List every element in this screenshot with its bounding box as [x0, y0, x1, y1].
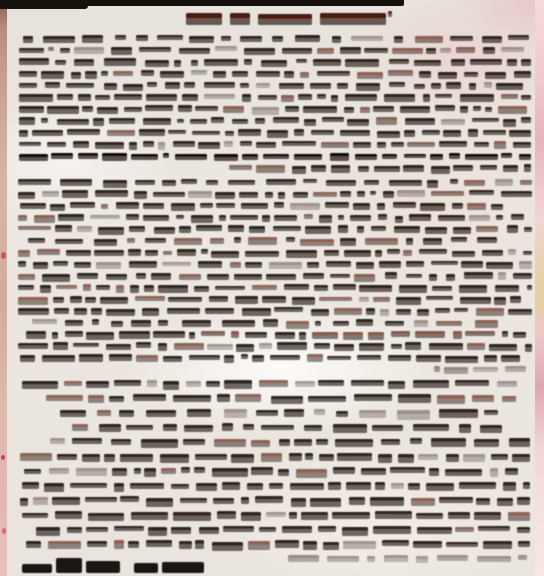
- blurred-word-blob: [413, 541, 442, 549]
- blurred-word-blob: [460, 297, 492, 305]
- text-line: [288, 553, 530, 568]
- blurred-word-blob: [453, 331, 462, 339]
- blurred-word-blob: [186, 381, 202, 386]
- blurred-word-blob: [228, 180, 255, 185]
- blurred-word-blob: [416, 556, 428, 563]
- blurred-word-blob: [273, 226, 300, 231]
- blurred-word-blob: [347, 119, 369, 126]
- blurred-word-blob: [230, 262, 241, 268]
- blurred-word-blob: [473, 106, 480, 111]
- blurred-word-blob: [497, 498, 513, 507]
- blurred-word-blob: [124, 107, 141, 112]
- text-line: [19, 139, 531, 151]
- blurred-word-blob: [146, 540, 172, 547]
- blurred-word-blob: [342, 527, 368, 536]
- blurred-word-blob: [438, 72, 457, 79]
- blurred-word-blob: [134, 468, 141, 474]
- blurred-word-blob: [74, 59, 94, 66]
- blurred-word-blob: [387, 249, 400, 254]
- blurred-word-blob: [435, 94, 452, 99]
- text-line: [18, 294, 532, 306]
- blurred-word-blob: [106, 344, 132, 350]
- blurred-word-blob: [262, 215, 270, 222]
- blurred-word-blob: [396, 309, 411, 315]
- blurred-word-blob: [456, 47, 475, 54]
- blurred-word-blob: [18, 250, 30, 257]
- blurred-word-blob: [344, 250, 371, 257]
- blurred-word-blob: [22, 381, 58, 389]
- blurred-word-blob: [145, 105, 173, 110]
- blurred-word-blob: [320, 13, 386, 25]
- blurred-word-blob: [286, 237, 295, 242]
- blurred-word-blob: [453, 227, 471, 234]
- blurred-word-blob: [319, 215, 332, 223]
- blurred-word-blob: [480, 425, 502, 432]
- blurred-word-blob: [214, 154, 238, 161]
- blurred-word-blob: [50, 438, 65, 443]
- blurred-word-blob: [508, 35, 529, 40]
- blurred-word-blob: [18, 215, 27, 221]
- blurred-word-blob: [444, 367, 469, 374]
- blurred-word-blob: [286, 250, 318, 257]
- blurred-word-blob: [52, 332, 58, 339]
- blurred-word-blob: [49, 468, 69, 474]
- blurred-word-blob: [440, 48, 451, 53]
- blurred-word-blob: [513, 332, 526, 338]
- blurred-word-blob: [337, 83, 348, 89]
- blurred-word-blob: [189, 332, 195, 339]
- blurred-word-blob: [87, 541, 106, 547]
- blurred-word-blob: [56, 285, 77, 290]
- blurred-word-blob: [65, 320, 84, 325]
- blurred-word-blob: [24, 469, 41, 475]
- blurred-word-blob: [230, 215, 258, 220]
- blurred-word-blob: [214, 439, 246, 448]
- blurred-word-blob: [262, 296, 286, 303]
- blurred-word-blob: [318, 526, 336, 533]
- blurred-word-blob: [228, 225, 243, 231]
- blurred-word-blob: [22, 513, 48, 518]
- blurred-word-blob: [507, 225, 519, 232]
- blurred-word-blob: [195, 106, 218, 111]
- blurred-word-blob: [232, 119, 248, 124]
- blurred-word-blob: [174, 60, 181, 67]
- blurred-word-blob: [186, 13, 222, 25]
- blurred-word-blob: [343, 332, 363, 340]
- text-line: [19, 68, 531, 80]
- blurred-word-blob: [36, 527, 60, 536]
- blurred-word-blob: [508, 512, 530, 521]
- blurred-word-blob: [189, 36, 213, 42]
- blurred-word-blob: [436, 321, 462, 326]
- blurred-word-blob: [145, 250, 158, 256]
- blurred-word-blob: [97, 410, 111, 416]
- blurred-word-blob: [317, 71, 351, 77]
- blurred-word-blob: [451, 59, 465, 66]
- blurred-word-blob: [189, 355, 220, 360]
- blurred-word-blob: [45, 82, 60, 88]
- blurred-word-blob: [464, 180, 485, 185]
- blurred-word-blob: [430, 154, 443, 160]
- blurred-word-blob: [28, 238, 45, 243]
- blurred-word-blob: [83, 284, 92, 291]
- blurred-word-blob: [294, 439, 311, 446]
- blurred-word-blob: [114, 540, 124, 549]
- blurred-word-blob: [454, 308, 468, 313]
- blurred-word-blob: [129, 142, 137, 150]
- blurred-word-blob: [217, 394, 230, 402]
- blurred-word-blob: [394, 36, 403, 43]
- blurred-word-blob: [34, 215, 54, 222]
- blurred-word-blob: [192, 131, 220, 136]
- blurred-word-blob: [375, 482, 384, 490]
- blurred-word-blob: [296, 469, 327, 478]
- blurred-word-blob: [163, 381, 179, 390]
- blurred-word-blob: [168, 130, 186, 135]
- blurred-word-blob: [520, 180, 532, 185]
- blurred-word-blob: [19, 106, 44, 113]
- blurred-word-blob: [256, 83, 271, 88]
- blurred-word-blob: [501, 47, 524, 52]
- blurred-word-blob: [446, 454, 460, 462]
- blurred-word-blob: [405, 118, 436, 126]
- blurred-word-blob: [22, 482, 39, 489]
- text-line: [18, 247, 532, 259]
- document-text-layer: [0, 0, 544, 576]
- blurred-word-blob: [23, 36, 33, 43]
- blurred-word-blob: [19, 71, 37, 77]
- blurred-word-blob: [290, 203, 320, 210]
- blurred-word-blob: [410, 438, 422, 444]
- blurred-word-blob: [423, 94, 431, 102]
- blurred-word-blob: [181, 467, 189, 472]
- blurred-word-blob: [241, 354, 248, 359]
- blurred-word-blob: [514, 71, 531, 79]
- blurred-word-blob: [77, 273, 98, 279]
- blurred-word-blob: [177, 119, 184, 124]
- blurred-word-blob: [96, 262, 121, 269]
- blurred-word-blob: [334, 344, 355, 351]
- blurred-word-blob: [212, 542, 243, 551]
- blurred-word-blob: [366, 308, 375, 315]
- blurred-word-blob: [482, 36, 502, 43]
- blurred-word-blob: [477, 556, 511, 562]
- blurred-word-blob: [313, 192, 337, 197]
- blurred-word-blob: [275, 332, 296, 338]
- blurred-word-blob: [221, 36, 231, 42]
- blurred-word-blob: [375, 511, 412, 519]
- blurred-word-blob: [224, 355, 234, 363]
- blurred-word-blob: [385, 272, 398, 278]
- blurred-word-blob: [415, 36, 443, 43]
- blurred-word-blob: [129, 261, 157, 268]
- blurred-word-blob: [263, 154, 289, 159]
- blurred-word-blob: [467, 203, 486, 210]
- blurred-word-blob: [383, 191, 394, 198]
- blurred-word-blob: [451, 237, 467, 242]
- blurred-word-blob: [393, 202, 416, 208]
- blurred-word-blob: [147, 380, 156, 387]
- blurred-word-blob: [501, 191, 532, 197]
- blurred-word-blob: [53, 342, 68, 349]
- blurred-word-blob: [88, 513, 124, 522]
- blurred-word-blob: [367, 556, 375, 563]
- blurred-word-blob: [232, 71, 248, 77]
- signature-stroke: [86, 561, 120, 573]
- blurred-word-blob: [18, 192, 35, 199]
- blurred-word-blob: [248, 237, 277, 245]
- blurred-word-blob: [317, 48, 334, 54]
- blurred-word-blob: [474, 142, 489, 147]
- blurred-word-blob: [147, 82, 156, 87]
- blurred-word-blob: [503, 119, 516, 127]
- blurred-word-blob: [397, 190, 425, 197]
- blurred-word-blob: [416, 355, 441, 362]
- blurred-word-blob: [502, 331, 508, 337]
- blurred-word-blob: [269, 262, 302, 269]
- blurred-word-blob: [234, 237, 241, 243]
- blurred-word-blob: [490, 468, 498, 477]
- blurred-word-blob: [90, 215, 120, 220]
- blurred-word-blob: [275, 540, 298, 548]
- blurred-word-blob: [139, 129, 165, 135]
- blurred-word-blob: [435, 105, 455, 110]
- blurred-word-blob: [373, 297, 390, 302]
- blurred-word-blob: [194, 286, 209, 292]
- blurred-word-blob: [74, 47, 104, 54]
- blurred-word-blob: [427, 180, 438, 188]
- blurred-word-blob: [131, 154, 158, 160]
- blurred-word-blob: [71, 72, 81, 80]
- blurred-word-blob: [431, 83, 441, 89]
- blurred-word-blob: [389, 180, 422, 186]
- text-line: [18, 341, 532, 353]
- blurred-word-blob: [509, 438, 530, 447]
- blurred-word-blob: [19, 48, 44, 53]
- blurred-word-blob: [327, 556, 360, 562]
- blurred-word-blob: [204, 94, 235, 99]
- blurred-word-blob: [418, 454, 438, 460]
- blurred-word-blob: [476, 308, 504, 316]
- blurred-word-blob: [448, 512, 470, 519]
- blurred-word-blob: [359, 410, 386, 418]
- blurred-word-blob: [464, 272, 493, 278]
- blurred-word-blob: [391, 142, 404, 147]
- blurred-word-blob: [452, 203, 463, 208]
- blurred-word-blob: [207, 344, 232, 351]
- blurred-word-blob: [60, 179, 91, 186]
- blurred-word-blob: [298, 94, 312, 100]
- blurred-word-blob: [300, 72, 309, 79]
- blurred-word-blob: [384, 94, 415, 102]
- text-line: [24, 466, 524, 481]
- blurred-word-blob: [482, 250, 503, 257]
- blurred-word-blob: [274, 202, 283, 208]
- blurred-word-blob: [32, 319, 57, 324]
- blurred-word-blob: [413, 424, 449, 431]
- blurred-word-blob: [391, 483, 404, 489]
- blurred-word-blob: [256, 165, 285, 172]
- blurred-word-blob: [94, 239, 117, 247]
- blurred-word-blob: [146, 498, 174, 507]
- blurred-word-blob: [18, 179, 51, 185]
- blurred-word-blob: [391, 344, 402, 349]
- blurred-word-blob: [222, 320, 255, 327]
- blurred-word-blob: [476, 498, 490, 505]
- blurred-word-blob: [316, 439, 327, 445]
- blurred-word-blob: [18, 226, 51, 231]
- blurred-word-blob: [368, 332, 384, 339]
- blurred-word-blob: [142, 308, 159, 316]
- blurred-word-blob: [91, 308, 102, 315]
- blurred-word-blob: [143, 203, 164, 209]
- blurred-word-blob: [82, 35, 103, 43]
- blurred-word-blob: [357, 191, 365, 197]
- blurred-word-blob: [299, 332, 306, 340]
- blurred-word-blob: [168, 297, 202, 302]
- text-line: [32, 317, 512, 329]
- blurred-word-blob: [304, 214, 313, 219]
- blurred-word-blob: [19, 154, 48, 161]
- blurred-word-blob: [303, 541, 317, 550]
- blurred-word-blob: [106, 274, 127, 281]
- blurred-word-blob: [103, 180, 127, 188]
- blurred-word-blob: [259, 380, 288, 387]
- blurred-word-blob: [65, 331, 83, 338]
- blurred-word-blob: [478, 526, 510, 531]
- blurred-word-blob: [19, 142, 41, 147]
- blurred-word-blob: [445, 356, 479, 363]
- blurred-word-blob: [141, 439, 178, 448]
- blurred-word-blob: [86, 332, 114, 340]
- blurred-word-blob: [419, 71, 430, 78]
- blurred-word-blob: [435, 308, 450, 313]
- blurred-word-blob: [293, 192, 308, 198]
- blurred-word-blob: [378, 454, 392, 463]
- text-line: [18, 224, 532, 236]
- blurred-word-blob: [173, 395, 210, 402]
- blurred-word-blob: [158, 285, 188, 293]
- blurred-word-blob: [141, 70, 154, 75]
- blurred-word-blob: [432, 286, 451, 291]
- blurred-word-blob: [439, 497, 473, 504]
- blurred-word-blob: [158, 320, 168, 326]
- blurred-word-blob: [271, 396, 303, 404]
- blurred-word-blob: [114, 483, 124, 492]
- blurred-word-blob: [195, 454, 227, 460]
- blurred-word-blob: [314, 343, 330, 349]
- blurred-word-blob: [107, 130, 135, 136]
- blurred-word-blob: [18, 297, 48, 305]
- blurred-word-blob: [19, 83, 37, 88]
- blurred-word-blob: [332, 512, 371, 519]
- blurred-word-blob: [182, 94, 198, 102]
- blurred-word-blob: [191, 215, 213, 222]
- blurred-word-blob: [74, 262, 91, 268]
- blurred-word-blob: [311, 130, 335, 135]
- blurred-word-blob: [426, 48, 436, 54]
- blurred-word-blob: [171, 484, 189, 490]
- blurred-word-blob: [93, 118, 104, 126]
- blurred-word-blob: [144, 468, 156, 477]
- blurred-word-blob: [243, 424, 255, 430]
- blurred-word-blob: [278, 192, 286, 200]
- blurred-word-blob: [42, 274, 70, 282]
- blurred-word-blob: [259, 343, 272, 349]
- blurred-word-blob: [199, 527, 219, 534]
- blurred-word-blob: [96, 285, 110, 290]
- blurred-word-blob: [359, 297, 369, 303]
- blurred-word-blob: [345, 94, 376, 101]
- blurred-word-blob: [143, 141, 155, 148]
- blurred-word-blob: [467, 343, 485, 351]
- blurred-word-blob: [94, 250, 124, 257]
- blurred-word-blob: [112, 468, 127, 475]
- blurred-word-blob: [102, 153, 127, 161]
- blurred-word-blob: [281, 95, 294, 102]
- blurred-word-blob: [524, 227, 532, 232]
- blurred-word-blob: [491, 204, 503, 210]
- blurred-word-blob: [279, 439, 290, 446]
- blurred-word-blob: [310, 83, 331, 89]
- blurred-word-blob: [319, 297, 352, 302]
- blurred-word-blob: [19, 94, 53, 102]
- blurred-word-blob: [128, 541, 139, 548]
- blurred-word-blob: [459, 285, 487, 293]
- blurred-word-blob: [521, 59, 531, 66]
- blurred-word-blob: [475, 320, 498, 327]
- blurred-word-blob: [47, 142, 66, 147]
- blurred-word-blob: [429, 343, 463, 350]
- blurred-word-blob: [258, 95, 277, 100]
- blurred-word-blob: [392, 48, 423, 54]
- blurred-word-blob: [72, 424, 88, 430]
- blurred-word-blob: [131, 320, 152, 327]
- blurred-word-blob: [439, 141, 467, 147]
- blurred-word-blob: [403, 165, 423, 172]
- text-line: [18, 212, 532, 224]
- blurred-word-blob: [335, 439, 373, 447]
- blurred-word-blob: [82, 106, 93, 112]
- blurred-word-blob: [463, 454, 485, 462]
- blurred-word-blob: [431, 191, 464, 196]
- blurred-word-blob: [261, 453, 282, 462]
- blurred-word-blob: [379, 261, 401, 269]
- blurred-word-blob: [196, 483, 217, 491]
- text-line: [20, 353, 520, 365]
- blurred-word-blob: [382, 540, 409, 545]
- blurred-word-blob: [304, 425, 322, 431]
- blurred-word-blob: [406, 274, 422, 279]
- blurred-word-blob: [512, 454, 530, 462]
- blurred-word-blob: [266, 179, 296, 185]
- blurred-word-blob: [326, 261, 352, 267]
- blurred-word-blob: [404, 154, 426, 159]
- blurred-word-blob: [238, 129, 261, 136]
- blurred-word-blob: [340, 130, 369, 136]
- blurred-word-blob: [85, 297, 96, 304]
- blurred-word-blob: [78, 94, 92, 101]
- blurred-word-blob: [494, 297, 506, 305]
- blurred-word-blob: [200, 203, 213, 208]
- blurred-word-blob: [468, 129, 477, 136]
- blurred-word-blob: [305, 453, 313, 461]
- blurred-word-blob: [242, 94, 252, 102]
- blurred-word-blob: [66, 83, 94, 88]
- blurred-word-blob: [201, 249, 209, 254]
- blurred-word-blob: [501, 153, 513, 158]
- blurred-word-blob: [333, 284, 356, 290]
